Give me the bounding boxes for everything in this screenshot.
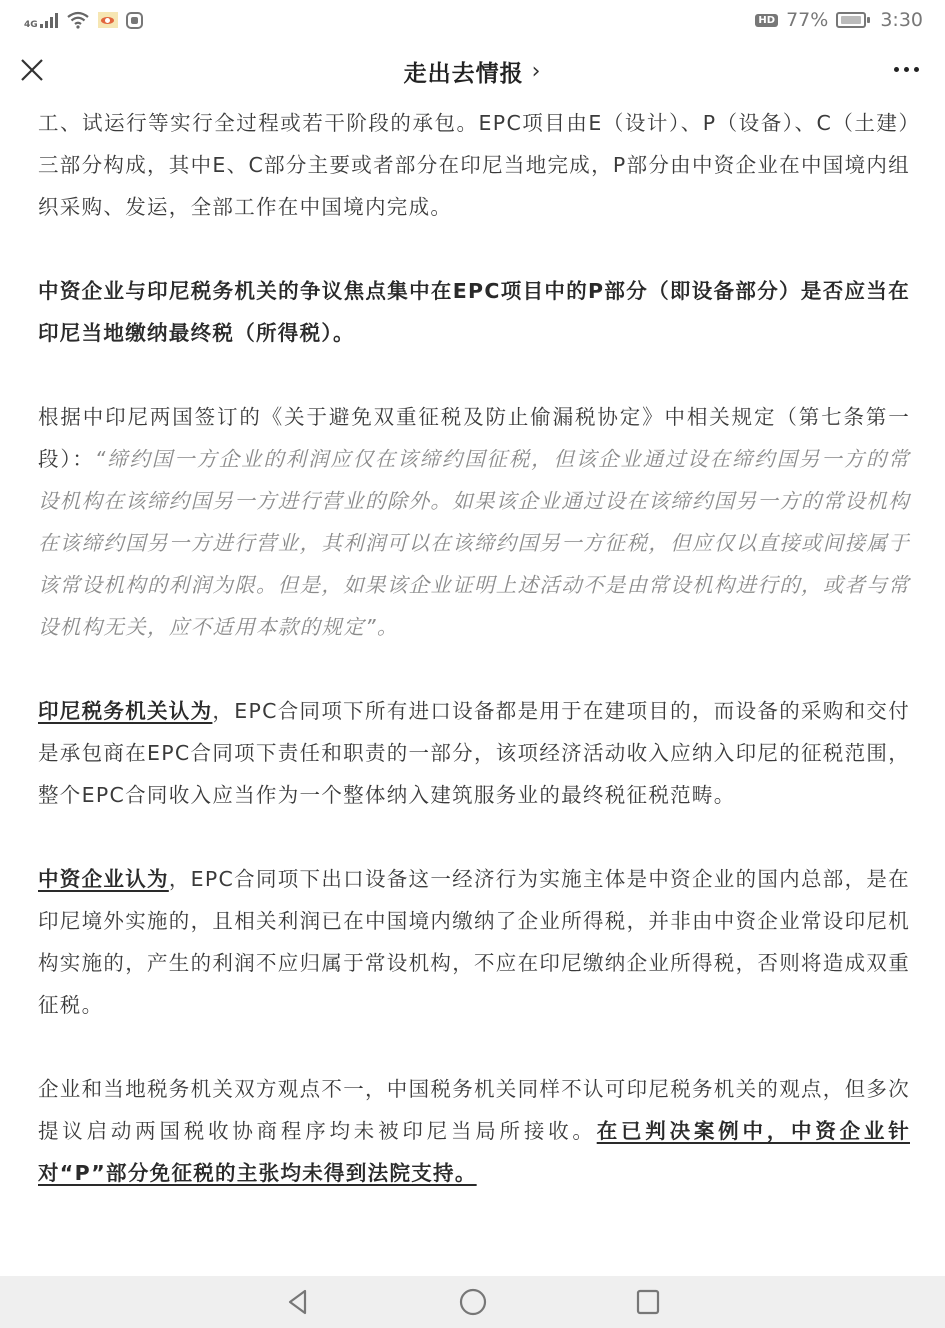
page-title: 走出去情报: [404, 55, 524, 88]
more-button[interactable]: [894, 67, 919, 72]
account-title-link[interactable]: 走出去情报 ›: [404, 55, 542, 88]
more-icon-dot: [904, 67, 909, 72]
paragraph-conclusion: 企业和当地税务机关双方观点不一，中国税务机关同样不认可印尼税务机关的观点，但多次…: [38, 1068, 910, 1194]
network-type: 4G: [24, 20, 38, 30]
home-button[interactable]: [458, 1287, 488, 1317]
paragraph-indonesia-view: 印尼税务机关认为，EPC合同项下所有进口设备都是用于在建项目的，而设备的采购和交…: [38, 690, 910, 816]
chinese-view-lead: 中资企业认为: [38, 867, 169, 891]
shield-app-icon: [126, 12, 143, 29]
battery-saver-icon: [836, 12, 866, 28]
close-icon: [18, 56, 46, 84]
system-nav-bar: [0, 1276, 945, 1328]
home-icon: [458, 1287, 488, 1317]
recents-icon: [634, 1288, 662, 1316]
back-button[interactable]: [283, 1287, 313, 1317]
treaty-quote: “缔约国一方企业的利润应仅在该缔约国征税，但该企业通过设在缔约国另一方的常设机构…: [38, 447, 910, 639]
eye-care-icon: [98, 12, 118, 28]
status-right: HD 77% 3:30: [755, 9, 923, 31]
status-left: 4G: [24, 11, 143, 30]
more-icon-dot: [914, 67, 919, 72]
battery-percent: 77%: [786, 9, 828, 31]
article-body: 工、试运行等实行全过程或若干阶段的承包。EPC项目由E（设计）、P（设备）、C（…: [38, 102, 910, 1236]
paragraph-treaty: 根据中印尼两国签订的《关于避免双重征税及防止偷漏税协定》中相关规定（第七条第一段…: [38, 396, 910, 648]
paragraph-epc-definition: 工、试运行等实行全过程或若干阶段的承包。EPC项目由E（设计）、P（设备）、C（…: [38, 102, 910, 228]
signal-icon: [40, 12, 58, 28]
wifi-icon: [66, 11, 90, 29]
status-bar: 4G HD 77% 3:30: [0, 0, 945, 40]
more-icon-dot: [894, 67, 899, 72]
app-header: 走出去情报 ›: [0, 40, 945, 102]
recents-button[interactable]: [633, 1287, 663, 1317]
chinese-view-body: ，EPC合同项下出口设备这一经济行为实施主体是中资企业的国内总部，是在印尼境外实…: [38, 867, 910, 1017]
hd-icon: HD: [755, 14, 778, 27]
close-button[interactable]: [18, 56, 46, 84]
chevron-right-icon: ›: [532, 59, 542, 84]
back-icon: [285, 1288, 311, 1316]
paragraph-chinese-view: 中资企业认为，EPC合同项下出口设备这一经济行为实施主体是中资企业的国内总部，是…: [38, 858, 910, 1026]
clock: 3:30: [880, 9, 923, 31]
indonesia-view-lead: 印尼税务机关认为: [38, 699, 212, 723]
paragraph-dispute-focus: 中资企业与印尼税务机关的争议焦点集中在EPC项目中的P部分（即设备部分）是否应当…: [38, 270, 910, 354]
